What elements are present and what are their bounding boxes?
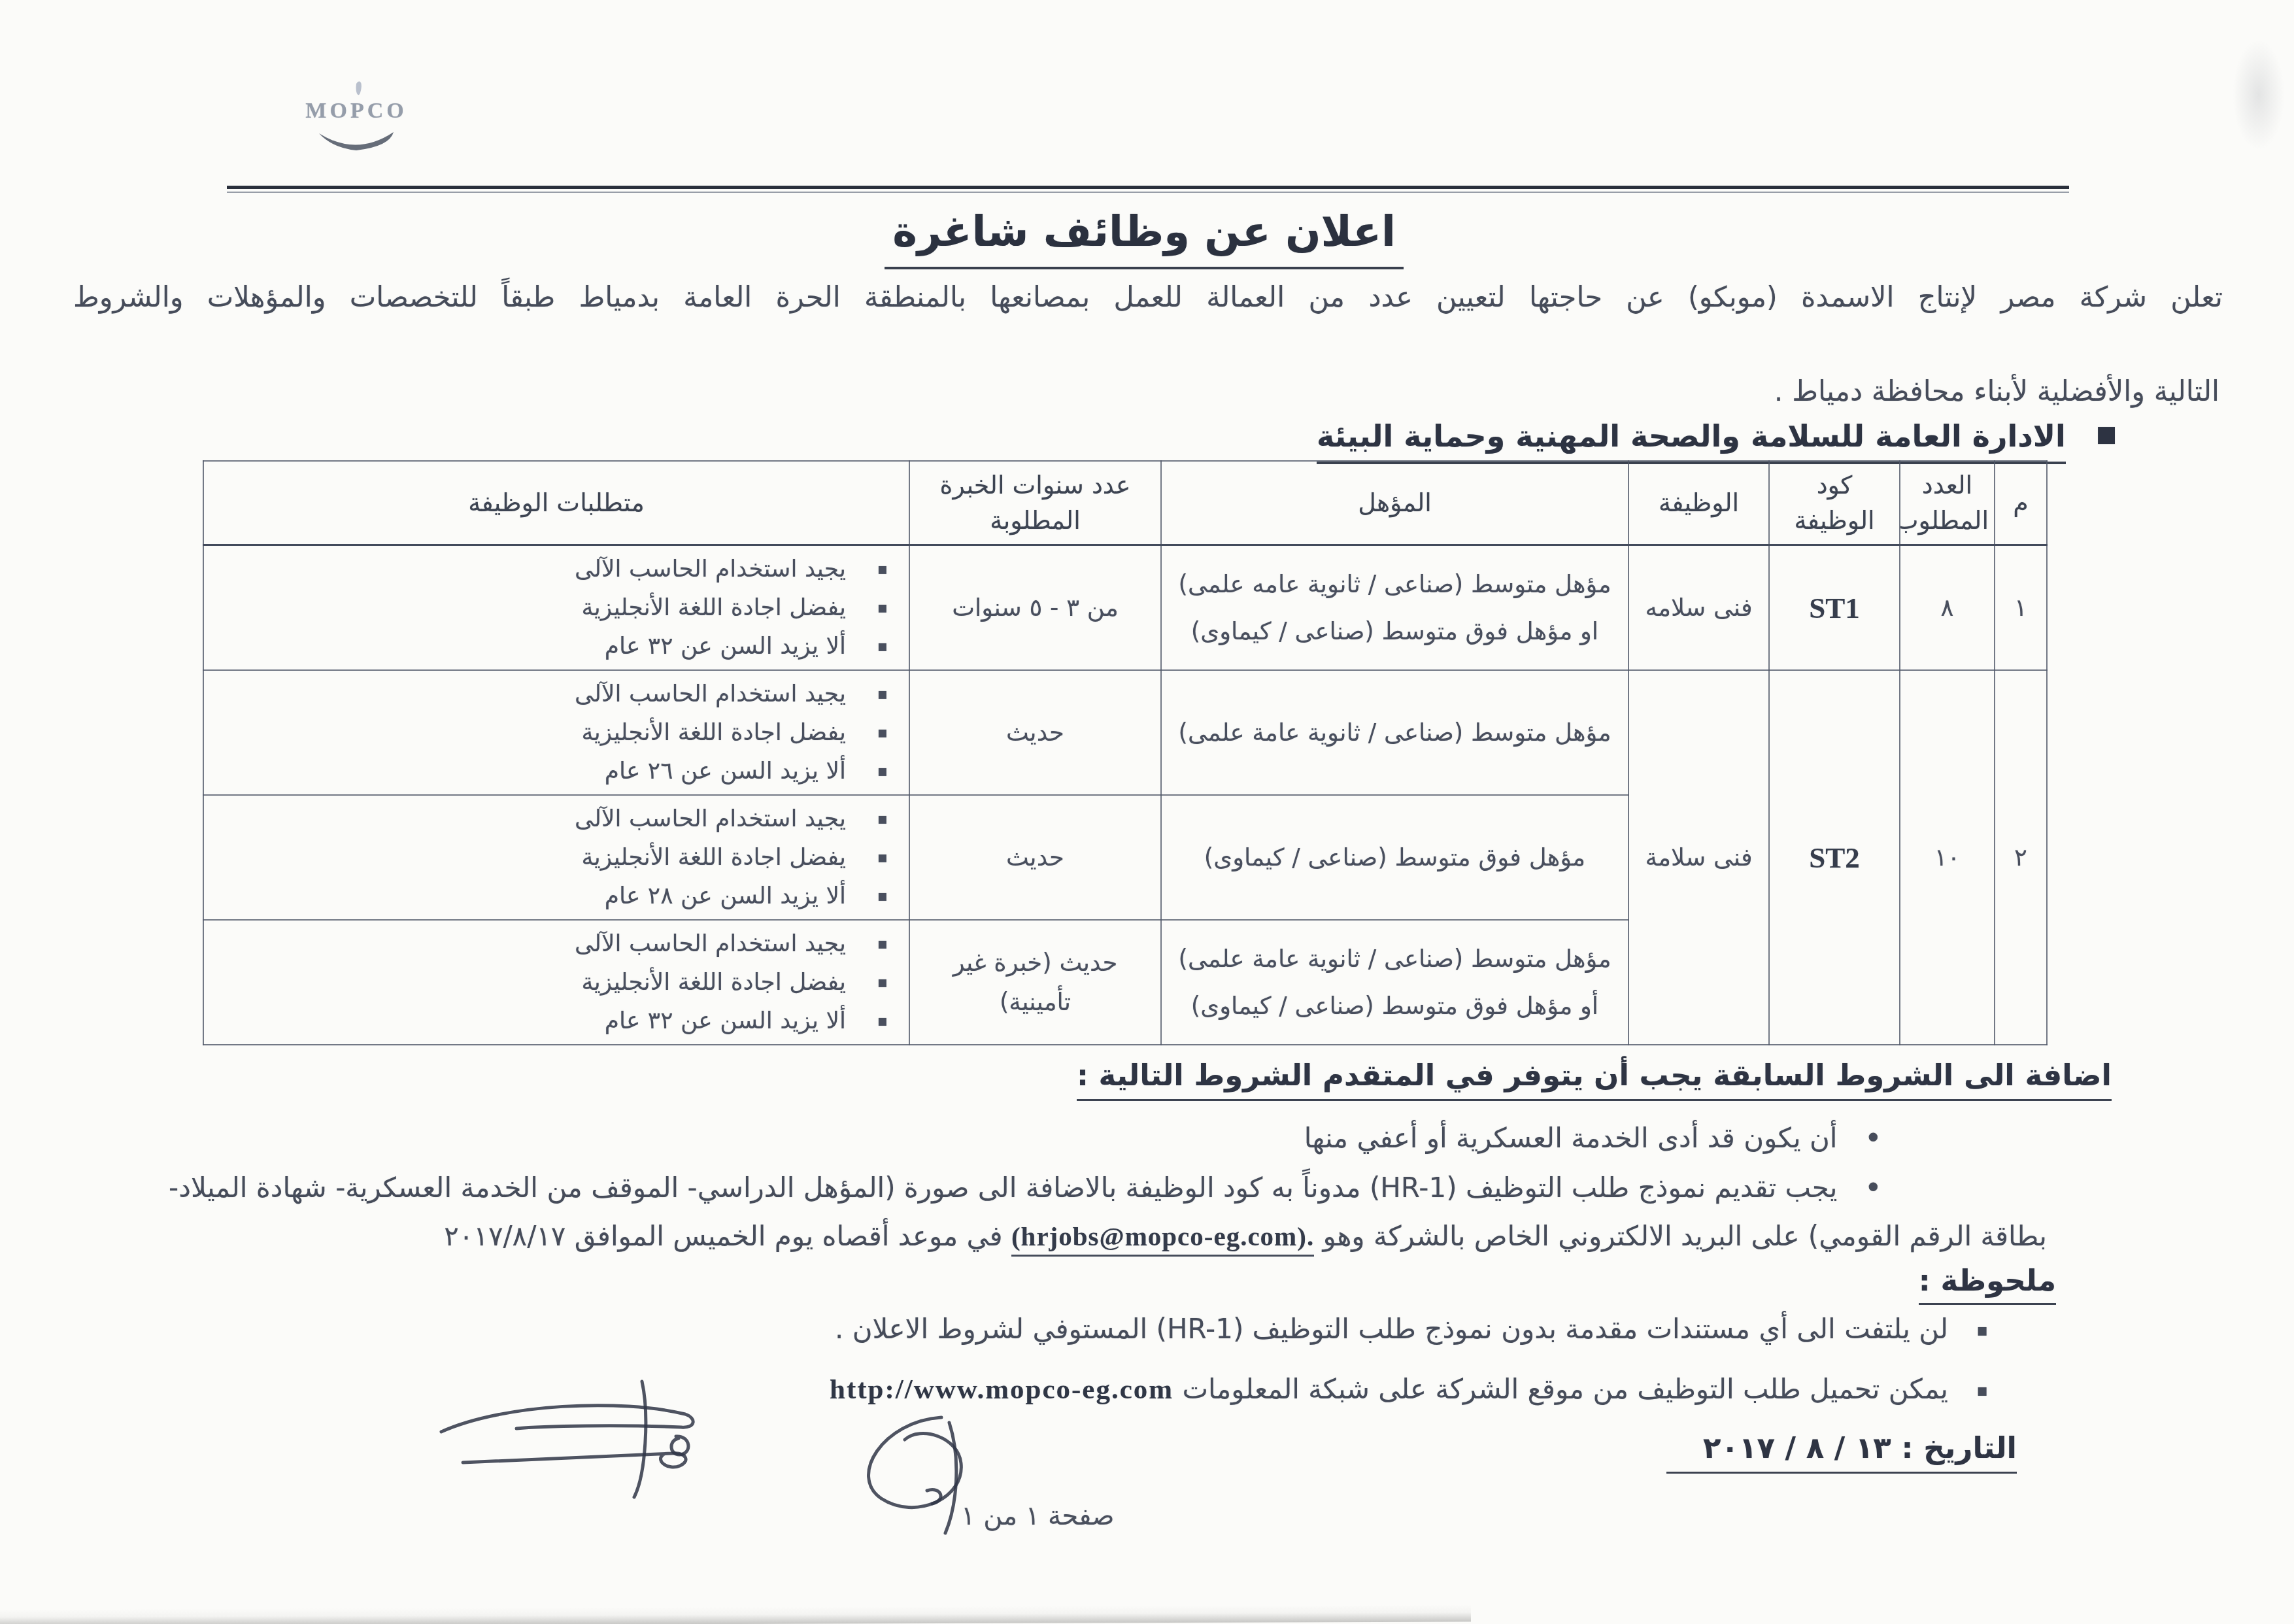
col-header-qualification: المؤهل — [1161, 461, 1628, 545]
col-header-count: العدد المطلوب — [1900, 461, 1995, 545]
requirement-item: ▪ألا يزيد السن عن ٢٦ عام — [213, 752, 897, 790]
square-bullet-icon: ▪ — [877, 713, 888, 752]
requirement-item: ▪يفضل اجادة اللغة الأنجليزية — [213, 963, 897, 1002]
cell-experience: من ٣ - ٥ سنوات — [909, 545, 1161, 671]
cell-qualification: مؤهل متوسط (صناعى / ثانوية عامة علمى) أو… — [1161, 920, 1628, 1045]
leaf-icon — [356, 81, 362, 95]
condition-item: • أن يكون قد أدى الخدمة العسكرية أو أعفي… — [1304, 1121, 1882, 1156]
square-bullet-icon: ▪ — [877, 1002, 888, 1040]
note-text: لن يلتفت الى أي مستندات مقدمة بدون نموذج… — [835, 1313, 1948, 1345]
section-heading: ■ الادارة العامة للسلامة والصحة المهنية … — [1317, 418, 2117, 454]
qualification-line: أو مؤهل فوق متوسط (صناعى / كيماوى) — [1167, 983, 1623, 1030]
scanned-document-page: MOPCO اعلان عن وظائف شاغرة تعلن شركة مصر… — [0, 0, 2294, 1624]
square-bullet-icon: ▪ — [877, 963, 888, 1002]
requirement-text: يفضل اجادة اللغة الأنجليزية — [582, 594, 846, 621]
note-heading: ملحوظة : — [1919, 1263, 2056, 1305]
page-title-text: اعلان عن وظائف شاغرة — [885, 208, 1404, 269]
square-bullet-icon: ▪ — [877, 550, 888, 588]
square-bullet-icon: ▪ — [877, 800, 888, 838]
cell-requirements: ▪يجيد استخدام الحاسب الآلى ▪يفضل اجادة ا… — [203, 545, 909, 671]
requirement-text: يفضل اجادة اللغة الأنجليزية — [582, 969, 846, 996]
col-header-num: م — [1995, 461, 2047, 545]
requirement-item: ▪يجيد استخدام الحاسب الآلى — [213, 675, 897, 713]
square-bullet-icon: ▪ — [877, 877, 888, 915]
header-rule-echo — [227, 192, 2069, 193]
condition-text: في موعد أقصاه يوم الخميس الموافق ٢٠١٧/٨/… — [444, 1220, 1011, 1252]
col-header-requirements: متطلبات الوظيفة — [203, 461, 909, 545]
square-bullet-icon: ▪ — [877, 675, 888, 713]
cell-requirements: ▪يجيد استخدام الحاسب الآلى ▪يفضل اجادة ا… — [203, 670, 909, 795]
mopco-logo: MOPCO — [294, 77, 418, 159]
qualification-line: مؤهل متوسط (صناعى / ثانوية عامة علمى) — [1167, 709, 1623, 756]
requirement-text: يفضل اجادة اللغة الأنجليزية — [582, 844, 846, 871]
requirement-item: ▪يفضل اجادة اللغة الأنجليزية — [213, 838, 897, 877]
section-heading-text: الادارة العامة للسلامة والصحة المهنية وح… — [1317, 418, 2066, 464]
square-bullet-icon: ▪ — [877, 627, 888, 666]
note-item: ▪ لن يلتفت الى أي مستندات مقدمة بدون نمو… — [835, 1313, 1988, 1345]
requirement-item: ▪يفضل اجادة اللغة الأنجليزية — [213, 588, 897, 627]
crescent-icon — [319, 132, 394, 150]
dot-bullet-icon: • — [1864, 1170, 1882, 1206]
qualification-line: مؤهل متوسط (صناعى / ثانوية عامه علمى) — [1167, 561, 1623, 608]
scan-smudge — [2233, 39, 2285, 150]
page-title: اعلان عن وظائف شاغرة — [784, 208, 1504, 269]
square-bullet-icon: ▪ — [1976, 1381, 1988, 1400]
requirement-item: ▪يجيد استخدام الحاسب الآلى — [213, 800, 897, 838]
requirement-item: ▪ألا يزيد السن عن ٣٢ عام — [213, 1002, 897, 1040]
job-code: ST1 — [1809, 591, 1860, 625]
requirement-item: ▪يجيد استخدام الحاسب الآلى — [213, 550, 897, 588]
requirement-item: ▪ألا يزيد السن عن ٣٢ عام — [213, 627, 897, 666]
cell-experience: حديث (خبرة غير تأمينية) — [909, 920, 1161, 1045]
condition-item: • يجب تقديم نموذج طلب التوظيف (HR-1) مدو… — [169, 1170, 1882, 1206]
qualification-line: او مؤهل فوق متوسط (صناعى / كيماوى) — [1167, 608, 1623, 655]
requirement-text: ألا يزيد السن عن ٢٦ عام — [605, 758, 846, 785]
logo-brand-text: MOPCO — [305, 99, 407, 123]
condition-text: يجب تقديم نموذج طلب التوظيف (HR-1) مدونا… — [169, 1172, 1837, 1204]
cell-num: ٢ — [1995, 670, 2047, 1045]
square-bullet-icon: ▪ — [877, 752, 888, 790]
cell-experience: حديث — [909, 795, 1161, 920]
cell-count: ١٠ — [1900, 670, 1995, 1045]
requirement-text: ألا يزيد السن عن ٢٨ عام — [605, 883, 846, 909]
requirement-text: يجيد استخدام الحاسب الآلى — [575, 930, 846, 957]
cell-job: فنى سلامه — [1628, 545, 1769, 671]
requirement-text: ألا يزيد السن عن ٣٢ عام — [605, 633, 846, 660]
table-row: ٢ ١٠ ST2 فنى سلامة مؤهل متوسط (صناعى / ث… — [203, 670, 2047, 795]
square-bullet-icon: ▪ — [877, 588, 888, 627]
requirement-text: يجيد استخدام الحاسب الآلى — [575, 805, 846, 832]
condition-text: بطاقة الرقم القومي) على البريد الالكترون… — [1314, 1220, 2047, 1252]
table-row: ١ ٨ ST1 فنى سلامه مؤهل متوسط (صناعى / ثا… — [203, 545, 2047, 671]
requirement-item: ▪يجيد استخدام الحاسب الآلى — [213, 924, 897, 963]
cell-experience: حديث — [909, 670, 1161, 795]
square-bullet-icon: ▪ — [877, 924, 888, 963]
requirement-text: يجيد استخدام الحاسب الآلى — [575, 556, 846, 583]
col-header-code: كود الوظيفة — [1769, 461, 1900, 545]
requirement-text: يفضل اجادة اللغة الأنجليزية — [582, 719, 846, 746]
square-bullet-icon: ▪ — [877, 838, 888, 877]
cell-num: ١ — [1995, 545, 2047, 671]
qualification-line: مؤهل فوق متوسط (صناعى / كيماوى) — [1167, 834, 1623, 881]
page-number-label: صفحة ١ من ١ — [961, 1501, 1114, 1531]
header-rule — [227, 186, 2069, 189]
col-header-job: الوظيفة — [1628, 461, 1769, 545]
requirement-text: يجيد استخدام الحاسب الآلى — [575, 681, 846, 707]
signature-left — [425, 1376, 739, 1500]
conditions-heading: اضافة الى الشروط السابقة يجب أن يتوفر في… — [1077, 1058, 2112, 1101]
square-bullet-icon: ▪ — [1976, 1321, 1988, 1340]
requirement-item: ▪ألا يزيد السن عن ٢٨ عام — [213, 877, 897, 915]
requirement-text: ألا يزيد السن عن ٣٢ عام — [605, 1007, 846, 1034]
cell-requirements: ▪يجيد استخدام الحاسب الآلى ▪يفضل اجادة ا… — [203, 920, 909, 1045]
requirement-item: ▪يفضل اجادة اللغة الأنجليزية — [213, 713, 897, 752]
scan-edge-shadow — [0, 1604, 1471, 1624]
note-text: يمكن تحميل طلب التوظيف من موقع الشركة عل… — [1173, 1373, 1948, 1405]
dot-bullet-icon: • — [1864, 1121, 1882, 1156]
condition-text: أن يكون قد أدى الخدمة العسكرية أو أعفي م… — [1304, 1122, 1838, 1154]
col-header-experience: عدد سنوات الخبرة المطلوبة — [909, 461, 1161, 545]
table-header-row: م العدد المطلوب كود الوظيفة الوظيفة المؤ… — [203, 461, 2047, 545]
cell-qualification: مؤهل متوسط (صناعى / ثانوية عامة علمى) — [1161, 670, 1628, 795]
cell-count: ٨ — [1900, 545, 1995, 671]
application-email: (hrjobs@mopco-eg.com). — [1011, 1221, 1314, 1257]
condition-item-continued: بطاقة الرقم القومي) على البريد الالكترون… — [444, 1220, 2047, 1257]
cell-code: ST1 — [1769, 545, 1900, 671]
cell-job: فنى سلامة — [1628, 670, 1769, 1045]
intro-paragraph-line1: تعلن شركة مصر لإنتاج الاسمدة (موبكو) عن … — [73, 281, 2223, 314]
cell-code: ST2 — [1769, 670, 1900, 1045]
vacancies-table: م العدد المطلوب كود الوظيفة الوظيفة المؤ… — [203, 460, 2048, 1045]
cell-qualification: مؤهل فوق متوسط (صناعى / كيماوى) — [1161, 795, 1628, 920]
job-code: ST2 — [1809, 841, 1860, 875]
square-bullet-icon: ■ — [2096, 421, 2117, 447]
date-label: التاريخ : ١٣ / ٨ / ٢٠١٧ — [1666, 1430, 2017, 1474]
cell-qualification: مؤهل متوسط (صناعى / ثانوية عامه علمى) او… — [1161, 545, 1628, 671]
cell-requirements: ▪يجيد استخدام الحاسب الآلى ▪يفضل اجادة ا… — [203, 795, 909, 920]
intro-paragraph-line2: التالية والأفضلية لأبناء محافظة دمياط . — [1774, 375, 2219, 408]
qualification-line: مؤهل متوسط (صناعى / ثانوية عامة علمى) — [1167, 936, 1623, 983]
